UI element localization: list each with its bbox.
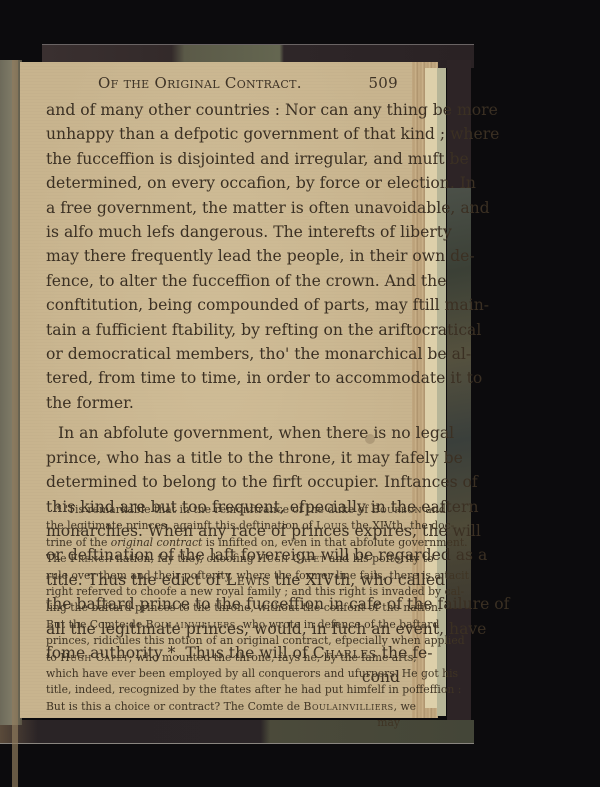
footnote-line: the legitimate princes, againft this def… (46, 518, 400, 534)
text-segment: the legitimate princes, againft this def… (46, 519, 316, 532)
text-line: or democratical members, tho' the monarc… (46, 342, 400, 366)
text-segment: trine of the (46, 536, 111, 549)
footnote: * 'Tis remarkable that in the remonftran… (46, 502, 400, 732)
proper-name: Boulainvilliers (304, 700, 394, 713)
text-line: and of many other countries : Nor can an… (46, 98, 400, 122)
text-line: unhappy than a defpotic government of th… (46, 122, 400, 146)
gutter-edge (12, 60, 18, 787)
footnote-line: title, indeed, recognized by the ftates … (46, 682, 400, 698)
text-segment: nation, fay they, choofing (112, 552, 257, 565)
running-head-title: Of the Original Contract. (98, 74, 302, 92)
text-line: a free government, the matter is often u… (46, 196, 400, 220)
footnote-catchword: may (46, 715, 400, 731)
text-segment: The (46, 552, 70, 565)
proper-name: Hugh Capet (60, 651, 129, 664)
text-line: tered, from time to time, in order to ac… (46, 366, 400, 390)
text-segment: , who wrote in defence of the baftard (236, 618, 440, 631)
footnote-line: But is this a choice or contract? The Co… (46, 699, 400, 715)
text-segment: But the Comte de (46, 618, 146, 631)
footnote-line: But the Comte de Boulainvilliers, who wr… (46, 617, 400, 633)
text-line: determined, on every occafion, by force … (46, 171, 400, 195)
footnote-line: ling the baftard princes to the throne, … (46, 600, 400, 616)
text-segment: to (46, 651, 60, 664)
text-line: may there frequently lead the people, in… (46, 244, 400, 268)
book-page: Of the Original Contract. 509 and of man… (20, 62, 412, 718)
paper-stain (365, 434, 375, 444)
footnote-line: trine of the original contract is infift… (46, 535, 400, 551)
page-number: 509 (368, 74, 398, 92)
footnote-line: right referved to choofe a new royal fam… (46, 584, 400, 600)
text-line: fence, to alter the fucceffion of the cr… (46, 269, 400, 293)
text-segment: , we (394, 700, 417, 713)
text-segment: is infifted on, even in that abfolute go… (202, 536, 467, 549)
running-head: Of the Original Contract. 509 (98, 74, 398, 92)
text-line: the former. (46, 391, 400, 415)
proper-name: Boulainvilliers (146, 618, 236, 631)
proper-name: Louis (316, 519, 348, 532)
footnote-line: rule over them and their pofterity, wher… (46, 568, 400, 584)
text-line: is alfo much lefs dangerous. The interef… (46, 220, 400, 244)
proper-name: Bourbon (372, 503, 422, 516)
text-segment: ; who mounted the throne, fays he, by th… (129, 651, 417, 664)
italic-term: original contract (111, 536, 203, 549)
text-line: In an abfolute government, when there is… (46, 421, 400, 445)
proper-name: Hugh Capet (257, 552, 326, 565)
footnote-line: to Hugh Capet; who mounted the throne, f… (46, 650, 400, 666)
text-segment: the XIVth, the doc- (348, 519, 455, 532)
text-line: tain a fufficient ftability, by refting … (46, 318, 400, 342)
text-line: determined to belong to the firft occupi… (46, 470, 400, 494)
footnote-line: princes, ridicules this notion of an ori… (46, 633, 400, 649)
text-segment: and his pofterity to (326, 552, 434, 565)
footnote-line: * 'Tis remarkable that in the remonftran… (46, 502, 400, 518)
proper-name: French (70, 552, 112, 565)
footnote-line: which have ever been employed by all con… (46, 666, 400, 682)
text-line: conftitution, being compounded of parts,… (46, 293, 400, 317)
text-segment: But is this a choice or contract? The Co… (46, 700, 304, 713)
text-line: the fucceffion is disjointed and irregul… (46, 147, 400, 171)
text-segment: * 'Tis remarkable that in the remonftran… (56, 503, 372, 516)
text-segment: and (422, 503, 446, 516)
footnote-line: The French nation, fay they, choofing Hu… (46, 551, 400, 567)
text-line: prince, who has a title to the throne, i… (46, 446, 400, 470)
previous-page-strip (0, 60, 22, 725)
